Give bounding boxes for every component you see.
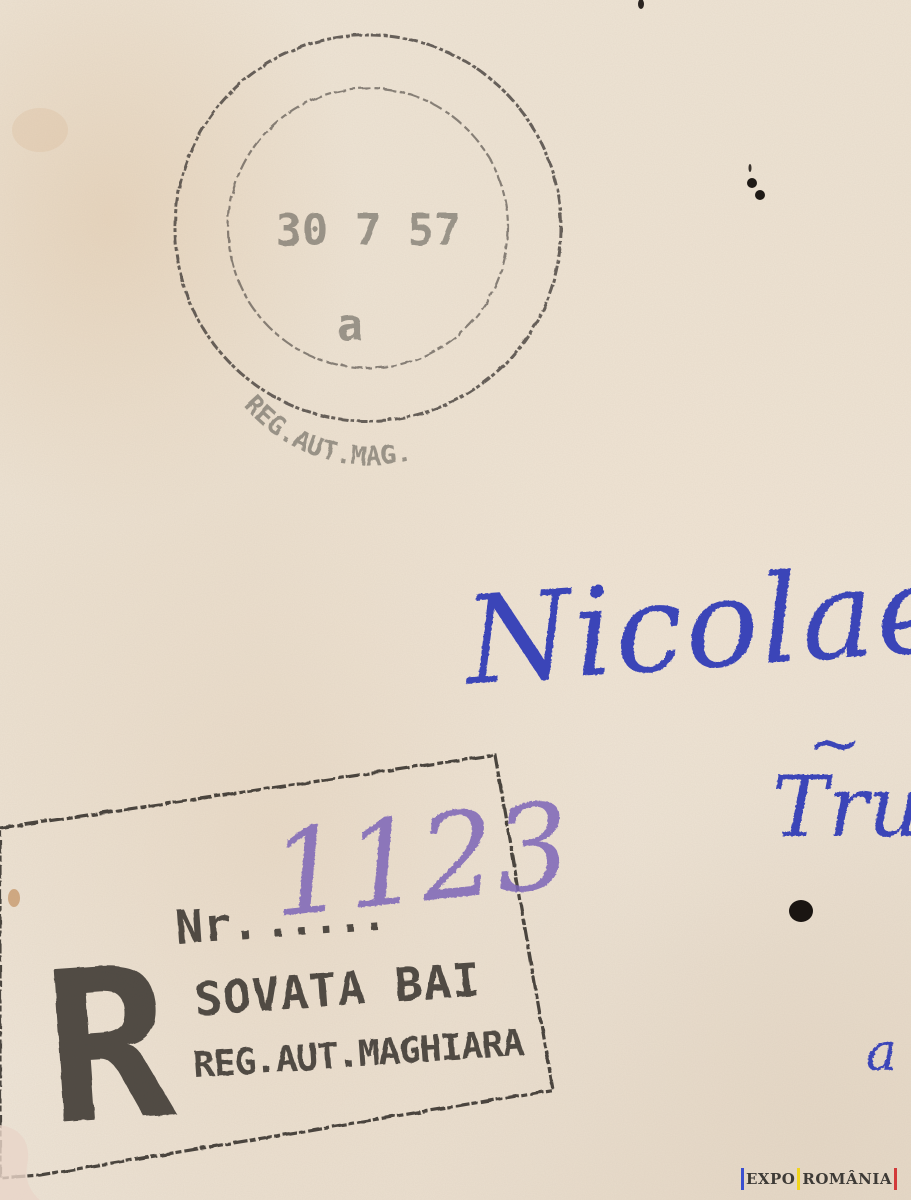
address-second-line: Tru [772, 758, 911, 856]
registration-number-prefix: Nr. [174, 895, 261, 955]
postmark-series-letter: a [337, 300, 364, 351]
flag-bar-red [894, 1168, 897, 1190]
watermark-left: EXPO [746, 1170, 795, 1188]
address-bottom-fragment: a [866, 1023, 897, 1083]
paper-tear [0, 1125, 40, 1200]
postal-cover: 30 7 57 a REG.AUT.MAG. R Nr. ..... SOVAT… [0, 0, 911, 1200]
svg-text:1123: 1123 [264, 775, 577, 944]
address-name: Nicolae [457, 537, 911, 713]
circular-postmark: 30 7 57 a REG.AUT.MAG. [175, 35, 561, 472]
cover-markings: 30 7 57 a REG.AUT.MAG. R Nr. ..... SOVAT… [0, 0, 911, 1200]
registration-office: SOVATA BAI [193, 953, 483, 1027]
registration-letter-r: R [37, 919, 181, 1172]
watermark-right: ROMÂNIA [802, 1170, 892, 1188]
flag-bar-blue [741, 1168, 744, 1190]
postmark-date: 30 7 57 [275, 205, 460, 256]
handwritten-registration-number: 1123 [264, 775, 577, 944]
postmark-arc-text: REG.AUT.MAG. [238, 390, 414, 472]
registration-region: REG.AUT.MAGHIARA [192, 1023, 526, 1087]
flag-bar-yellow [797, 1168, 800, 1190]
expo-romania-watermark: EXPO ROMÂNIA [739, 1168, 899, 1190]
